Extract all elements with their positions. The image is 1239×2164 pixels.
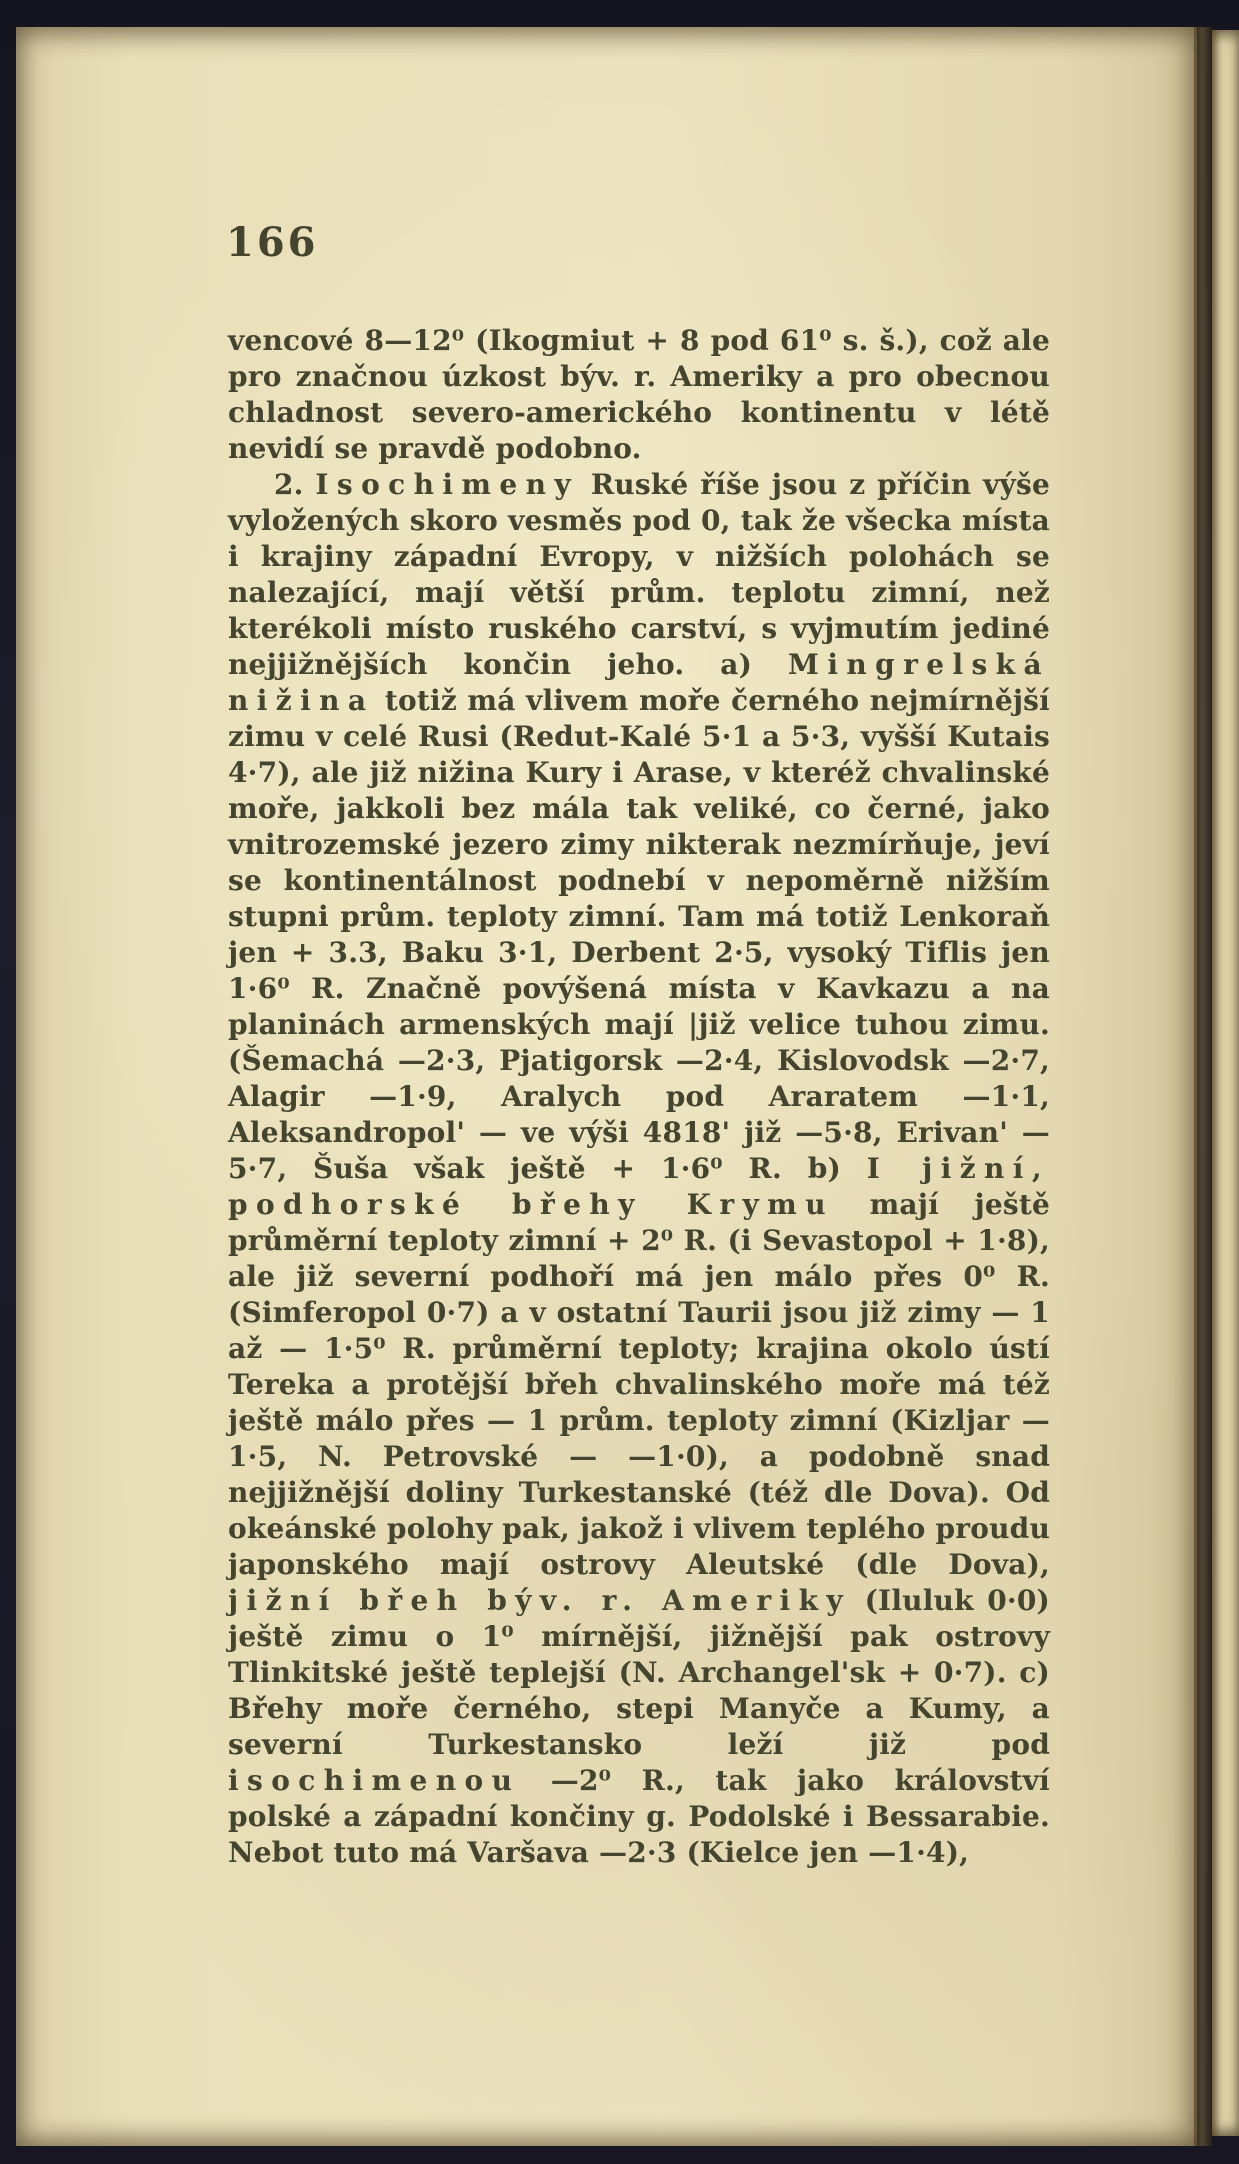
page-number: 166: [226, 219, 319, 266]
spaced-term: Isochimeny: [315, 468, 579, 501]
text-run: 2.: [274, 468, 315, 501]
spaced-term: isochimenou: [228, 1764, 520, 1797]
text-run: vencové 8—12⁰ (Ikogmiut + 8 pod 61⁰ s. š…: [228, 324, 1050, 465]
text-run: mají ještě průměrní teploty zimní + 2⁰ R…: [228, 1188, 1050, 1581]
book-photo: 166 vencové 8—12⁰ (Ikogmiut + 8 pod 61⁰ …: [0, 0, 1239, 2164]
text-run: totiž má vlivem moře černého nejmírnější…: [228, 684, 1050, 1185]
adjacent-page-edge: [1212, 30, 1239, 2136]
spaced-term: jižní břeh býv. r. Ameriky: [228, 1584, 851, 1617]
book-page: 166 vencové 8—12⁰ (Ikogmiut + 8 pod 61⁰ …: [16, 27, 1197, 2146]
paragraph: vencové 8—12⁰ (Ikogmiut + 8 pod 61⁰ s. š…: [228, 323, 1050, 467]
page-gutter-crease: [1194, 27, 1212, 2146]
body-text: vencové 8—12⁰ (Ikogmiut + 8 pod 61⁰ s. š…: [228, 323, 1050, 1871]
paragraph: 2. Isochimeny Ruské říše jsou z příčin v…: [228, 467, 1050, 1871]
